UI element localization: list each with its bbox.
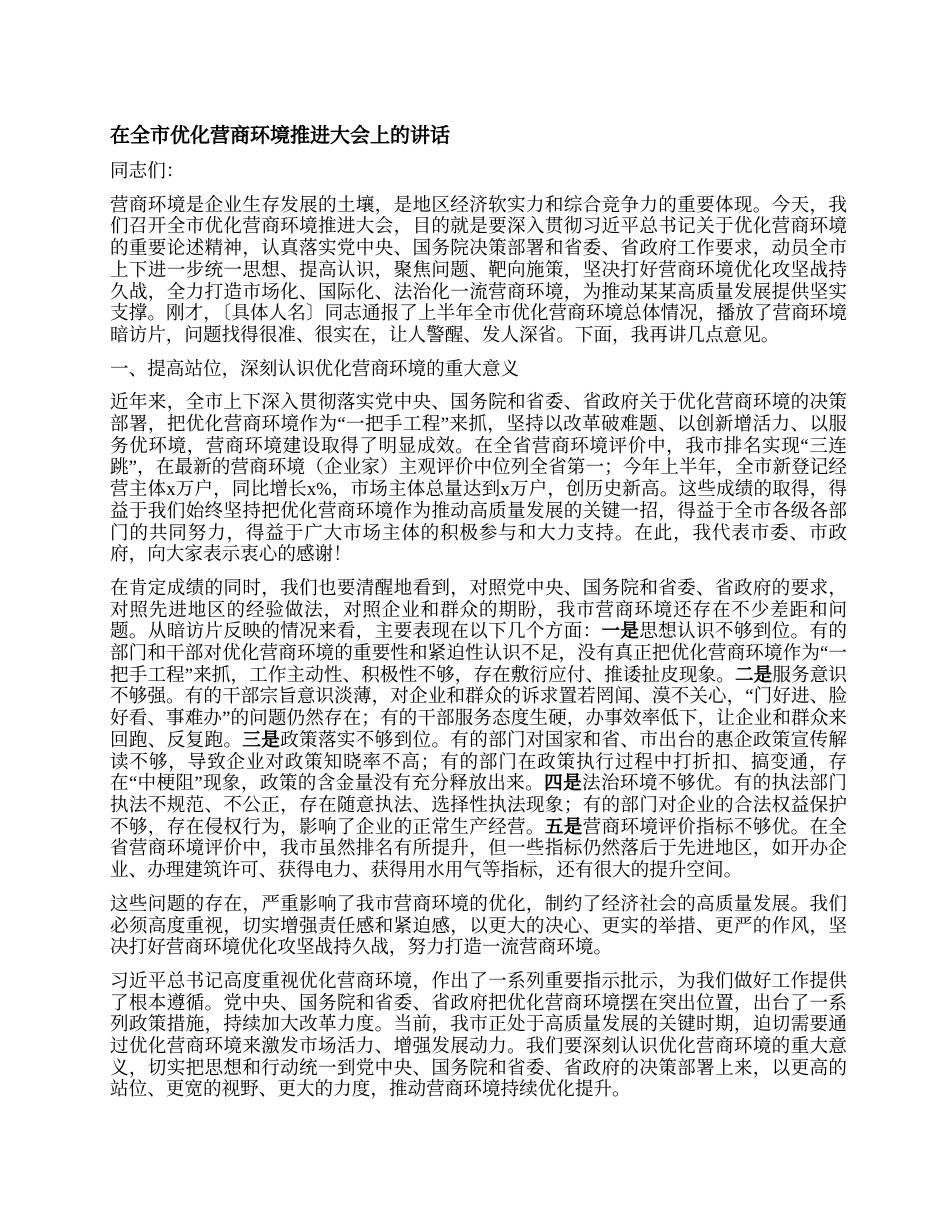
paragraph-intro: 营商环境是企业生存发展的土壤，是地区经济软实力和综合竞争力的重要体现。今天，我们… [110,195,847,347]
document-title: 在全市优化营商环境推进大会上的讲话 [110,124,847,148]
paragraph-achievements: 近年来，全市上下深入贯彻落实党中央、国务院和省委、省政府关于优化营商环境的决策部… [110,392,847,566]
paragraph-problems: 在肯定成绩的同时，我们也要清醒地看到，对照党中央、国务院和省委、省政府的要求，对… [110,578,847,882]
salutation: 同志们： [110,161,847,183]
document-page: 在全市优化营商环境推进大会上的讲话 同志们： 营商环境是企业生存发展的土壤，是地… [110,124,847,1113]
section-heading-1: 一、提高站位，深刻认识优化营商环境的重大意义 [110,359,847,381]
paragraph-urgency: 这些问题的存在，严重影响了我市营商环境的优化，制约了经济社会的高质量发展。我们必… [110,894,847,959]
paragraph-conclusion: 习近平总书记高度重视优化营商环境，作出了一系列重要指示批示，为我们做好工作提供了… [110,971,847,1101]
